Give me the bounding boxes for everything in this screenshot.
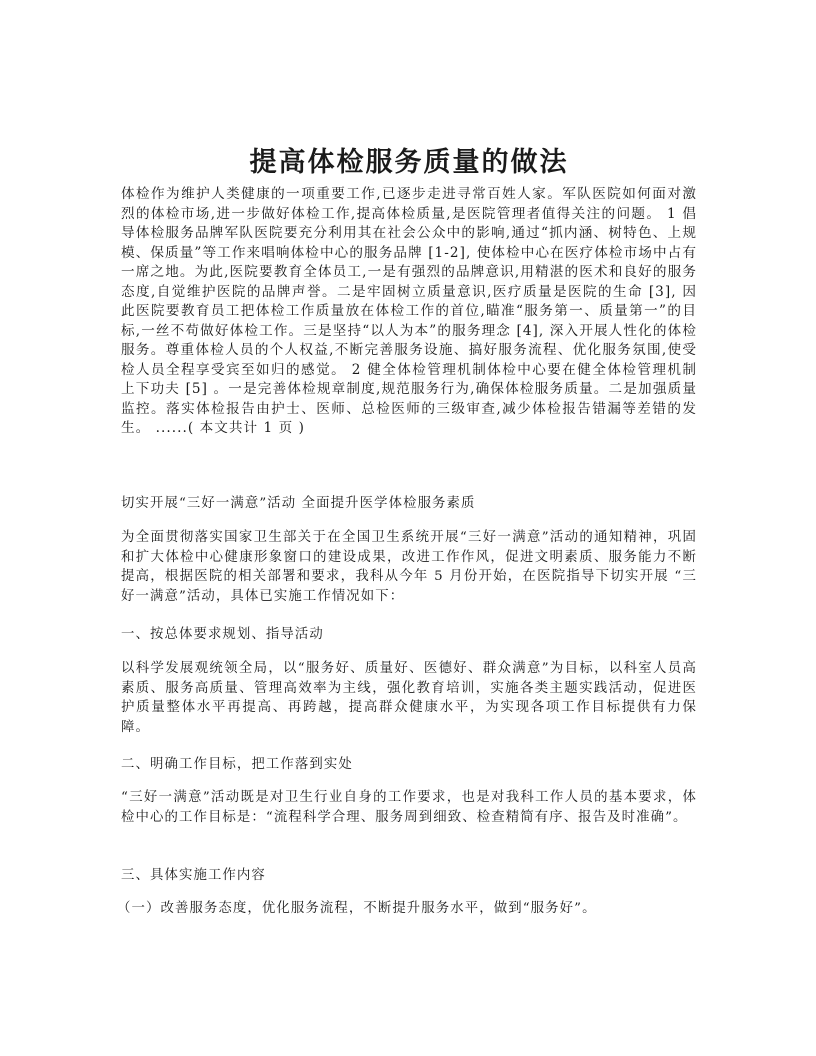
section-heading-main: 切实开展“三好一满意”活动 全面提升医学体检服务素质 — [121, 494, 697, 514]
intro-paragraph: 为全面贯彻落实国家卫生部关于在全国卫生系统开展“三好一满意”活动的通知精神，巩固… — [121, 528, 697, 606]
abstract-paragraph: 体检作为维护人类健康的一项重要工作,已逐步走进寻常百姓人家。军队医院如何面对激烈… — [121, 185, 697, 439]
section-heading-3: 三、具体实施工作内容 — [121, 866, 697, 886]
document-title: 提高体检服务质量的做法 — [121, 143, 697, 183]
section-heading-2: 二、明确工作目标，把工作落到实处 — [121, 755, 697, 775]
section-2-paragraph: “三好一满意”活动既是对卫生行业自身的工作要求，也是对我科工作人员的基本要求，体… — [121, 788, 697, 827]
section-1-paragraph: 以科学发展观统领全局，以“服务好、质量好、医德好、群众满意”为目标，以科室人员高… — [121, 659, 697, 737]
section-heading-1: 一、按总体要求规划、指导活动 — [121, 625, 697, 645]
subsection-heading-1: （一）改善服务态度，优化服务流程，不断提升服务水平，做到“服务好”。 — [117, 899, 693, 919]
